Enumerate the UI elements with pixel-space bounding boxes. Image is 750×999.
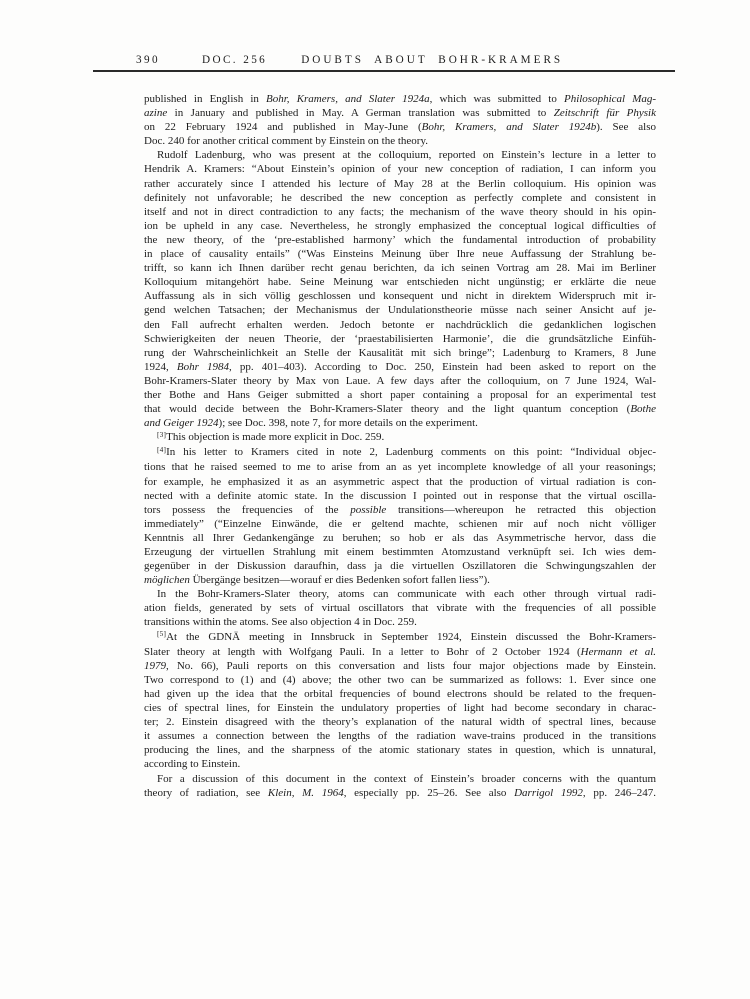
text-line: cies of spectral lines, for Einstein the… bbox=[144, 701, 656, 715]
text-run: transitions within the atoms. See also o… bbox=[144, 616, 417, 628]
text-run: 1979 bbox=[144, 660, 166, 672]
text-run: Schwierigkeiten der neuen Theorie, der ‘… bbox=[144, 333, 656, 345]
text-run: Bohr 1984 bbox=[177, 361, 229, 373]
text-line: tors possess the frequencies of the poss… bbox=[144, 503, 656, 517]
text-line: rather accurately since I attended his l… bbox=[144, 177, 656, 191]
text-line: ther Bothe and Hans Geiger submitted a s… bbox=[144, 388, 656, 402]
text-run: Philosophical Mag- bbox=[564, 93, 656, 105]
page-number: 390 bbox=[136, 54, 160, 66]
text-run: Erzeugung der virtuellen Strahlung mit e… bbox=[144, 546, 656, 558]
text-run: tions that he raised seemed to me to ari… bbox=[144, 461, 656, 473]
doc-label: DOC. 256 bbox=[202, 54, 267, 66]
text-run: trifft, so kann ich Ihnen darüber recht … bbox=[144, 262, 656, 274]
text-line: 1979, No. 66), Pauli reports on this con… bbox=[144, 659, 656, 673]
doc-title: DOUBTS ABOUT BOHR-KRAMERS bbox=[301, 54, 563, 66]
text-run: Zeitschrift für Physik bbox=[554, 107, 656, 119]
footnote-marker: [5] bbox=[157, 629, 166, 638]
text-run: möglichen bbox=[144, 574, 190, 586]
text-run: Doc. 240 for another critical comment by… bbox=[144, 135, 428, 147]
text-run: Bothe bbox=[630, 403, 656, 415]
text-run: , pp. 246–247. bbox=[583, 787, 656, 799]
text-run: cies of spectral lines, for Einstein the… bbox=[144, 702, 656, 714]
text-run: , which was submitted to bbox=[430, 93, 564, 105]
text-line: had given up the idea that the orbital f… bbox=[144, 687, 656, 701]
text-run: ion be upheld in any case. Nevertheless,… bbox=[144, 220, 656, 232]
text-run: possible bbox=[350, 504, 386, 516]
text-run: definitely not unfavorable; he described… bbox=[144, 192, 656, 204]
text-line: that would decide between the Bohr-Krame… bbox=[144, 402, 656, 416]
text-run: Kolloquium mitangehört habe. Seine Meinu… bbox=[144, 276, 656, 288]
text-run: nected with a definite atomic state. In … bbox=[144, 490, 656, 502]
text-line: Kenntnis all Ihrer Gedankengänge zu beru… bbox=[144, 531, 656, 545]
text-run: published in English in bbox=[144, 93, 266, 105]
text-run: had given up the idea that the orbital f… bbox=[144, 688, 656, 700]
text-run: ther Bothe and Hans Geiger submitted a s… bbox=[144, 389, 656, 401]
text-run: Hendrik A. Kramers: “About Einstein’s op… bbox=[144, 163, 656, 175]
text-run: in January and published in May. A Germa… bbox=[167, 107, 554, 119]
text-line: [4]In his letter to Kramers cited in not… bbox=[144, 445, 656, 460]
text-line: definitely not unfavorable; he described… bbox=[144, 191, 656, 205]
text-run: theory of radiation, see bbox=[144, 787, 268, 799]
text-run: den Fall aufrecht erhalten werden. Jedoc… bbox=[144, 319, 656, 331]
text-run: that would decide between the Bohr-Krame… bbox=[144, 403, 630, 415]
text-run: on 22 February 1924 and published in May… bbox=[144, 121, 422, 133]
text-run: Rudolf Ladenburg, who was present at the… bbox=[157, 149, 656, 161]
text-run: For a discussion of this document in the… bbox=[157, 773, 656, 785]
text-run: , pp. 401–403). According to Doc. 250, E… bbox=[229, 361, 656, 373]
text-line: theory of radiation, see Klein, M. 1964,… bbox=[144, 786, 656, 800]
text-line: Auffassung als in sich völlig geschlosse… bbox=[144, 289, 656, 303]
text-run: gegenüber in der Diskussion daraufhin, d… bbox=[144, 560, 656, 572]
text-line: Two correspond to (1) and (4) above; the… bbox=[144, 673, 656, 687]
text-run: Bohr-Kramers-Slater theory by Max von La… bbox=[144, 375, 656, 387]
footnote-marker: [3] bbox=[157, 430, 166, 439]
text-line: producing the lines, and the sharpness o… bbox=[144, 743, 656, 757]
text-line: Schwierigkeiten der neuen Theorie, der ‘… bbox=[144, 332, 656, 346]
text-run: transitions—whereupon he retracted this … bbox=[386, 504, 656, 516]
text-line: published in English in Bohr, Kramers, a… bbox=[144, 92, 656, 106]
text-line: [5]At the GDNÄ meeting in Innsbruck in S… bbox=[144, 630, 656, 645]
text-run: Two correspond to (1) and (4) above; the… bbox=[144, 674, 656, 686]
text-run: for example, he emphasized it as an asym… bbox=[144, 476, 656, 488]
text-run: azine bbox=[144, 107, 167, 119]
text-line: azine in January and published in May. A… bbox=[144, 106, 656, 120]
text-line: den Fall aufrecht erhalten werden. Jedoc… bbox=[144, 318, 656, 332]
text-line: möglichen Übergänge besitzen—worauf er d… bbox=[144, 573, 656, 587]
text-run: producing the lines, and the sharpness o… bbox=[144, 744, 656, 756]
text-line: [3]This objection is made more explicit … bbox=[144, 430, 656, 445]
footnote-marker: [4] bbox=[157, 445, 166, 454]
text-line: Doc. 240 for another critical comment by… bbox=[144, 134, 656, 148]
text-run: In the Bohr-Kramers-Slater theory, atoms… bbox=[157, 588, 656, 600]
text-line: tions that he raised seemed to me to ari… bbox=[144, 460, 656, 474]
text-line: itself and not in direct contradiction t… bbox=[144, 205, 656, 219]
text-line: for example, he emphasized it as an asym… bbox=[144, 475, 656, 489]
text-line: In the Bohr-Kramers-Slater theory, atoms… bbox=[144, 587, 656, 601]
text-run: , No. 66), Pauli reports on this convers… bbox=[166, 660, 656, 672]
text-line: immediately” (“Einzelne Einwände, die er… bbox=[144, 517, 656, 531]
text-run: Darrigol 1992 bbox=[514, 787, 583, 799]
text-run: Hermann et al. bbox=[581, 646, 656, 658]
book-page: 390 DOC. 256 DOUBTS ABOUT BOHR-KRAMERS p… bbox=[0, 0, 750, 999]
text-line: nected with a definite atomic state. In … bbox=[144, 489, 656, 503]
text-run: Klein, M. 1964 bbox=[268, 787, 344, 799]
text-run: immediately” (“Einzelne Einwände, die er… bbox=[144, 518, 656, 530]
text-run: and Geiger 1924 bbox=[144, 417, 219, 429]
body-text: published in English in Bohr, Kramers, a… bbox=[144, 92, 656, 800]
text-run: Auffassung als in sich völlig geschlosse… bbox=[144, 290, 656, 302]
text-line: in place of causality entails” (“Was Ein… bbox=[144, 247, 656, 261]
text-line: ter; 2. Einstein disagreed with the theo… bbox=[144, 715, 656, 729]
text-run: tors possess the frequencies of the bbox=[144, 504, 350, 516]
text-line: ation fields, generated by sets of virtu… bbox=[144, 601, 656, 615]
text-line: Slater theory at length with Wolfgang Pa… bbox=[144, 645, 656, 659]
text-line: Hendrik A. Kramers: “About Einstein’s op… bbox=[144, 162, 656, 176]
text-run: rather accurately since I attended his l… bbox=[144, 178, 656, 190]
text-line: 1924, Bohr 1984, pp. 401–403). According… bbox=[144, 360, 656, 374]
text-run: Slater theory at length with Wolfgang Pa… bbox=[144, 646, 581, 658]
text-run: itself and not in direct contradiction t… bbox=[144, 206, 656, 218]
text-run: according to Einstein. bbox=[144, 758, 240, 770]
text-run: gend welchen Tatsachen; der Mechanismus … bbox=[144, 304, 656, 316]
text-run: in place of causality entails” (“Was Ein… bbox=[144, 248, 656, 260]
text-line: gend welchen Tatsachen; der Mechanismus … bbox=[144, 303, 656, 317]
text-line: rung der Wahrscheinlichkeit an Stelle de… bbox=[144, 346, 656, 360]
text-run: At the GDNÄ meeting in Innsbruck in Sept… bbox=[166, 631, 656, 643]
text-run: This objection is made more explicit in … bbox=[166, 431, 384, 443]
text-run: Bohr, Kramers, and Slater 1924a bbox=[266, 93, 430, 105]
text-run: Bohr, Kramers, and Slater 1924b bbox=[422, 121, 597, 133]
text-line: transitions within the atoms. See also o… bbox=[144, 615, 656, 629]
text-line: it assumes a connection between the leng… bbox=[144, 729, 656, 743]
text-run: ). See also bbox=[596, 121, 656, 133]
text-line: trifft, so kann ich Ihnen darüber recht … bbox=[144, 261, 656, 275]
text-line: Rudolf Ladenburg, who was present at the… bbox=[144, 148, 656, 162]
text-line: on 22 February 1924 and published in May… bbox=[144, 120, 656, 134]
text-line: gegenüber in der Diskussion daraufhin, d… bbox=[144, 559, 656, 573]
text-line: the new theory, of the ‘pre-established … bbox=[144, 233, 656, 247]
text-line: and Geiger 1924); see Doc. 398, note 7, … bbox=[144, 416, 656, 430]
text-line: Bohr-Kramers-Slater theory by Max von La… bbox=[144, 374, 656, 388]
text-run: ation fields, generated by sets of virtu… bbox=[144, 602, 656, 614]
header-rule bbox=[93, 70, 675, 72]
running-head: 390 DOC. 256 DOUBTS ABOUT BOHR-KRAMERS bbox=[93, 54, 675, 66]
text-run: rung der Wahrscheinlichkeit an Stelle de… bbox=[144, 347, 656, 359]
text-run: the new theory, of the ‘pre-established … bbox=[144, 234, 656, 246]
text-run: it assumes a connection between the leng… bbox=[144, 730, 656, 742]
text-run: ); see Doc. 398, note 7, for more detail… bbox=[219, 417, 478, 429]
text-line: according to Einstein. bbox=[144, 757, 656, 771]
text-run: In his letter to Kramers cited in note 2… bbox=[166, 446, 656, 458]
text-run: Kenntnis all Ihrer Gedankengänge zu beru… bbox=[144, 532, 656, 544]
text-run: ter; 2. Einstein disagreed with the theo… bbox=[144, 716, 656, 728]
text-line: Kolloquium mitangehört habe. Seine Meinu… bbox=[144, 275, 656, 289]
text-line: For a discussion of this document in the… bbox=[144, 772, 656, 786]
text-line: Erzeugung der virtuellen Strahlung mit e… bbox=[144, 545, 656, 559]
text-line: ion be upheld in any case. Nevertheless,… bbox=[144, 219, 656, 233]
text-run: , especially pp. 25–26. See also bbox=[344, 787, 514, 799]
text-run: 1924, bbox=[144, 361, 177, 373]
text-run: Übergänge besitzen—worauf er dies Bedenk… bbox=[190, 574, 490, 586]
